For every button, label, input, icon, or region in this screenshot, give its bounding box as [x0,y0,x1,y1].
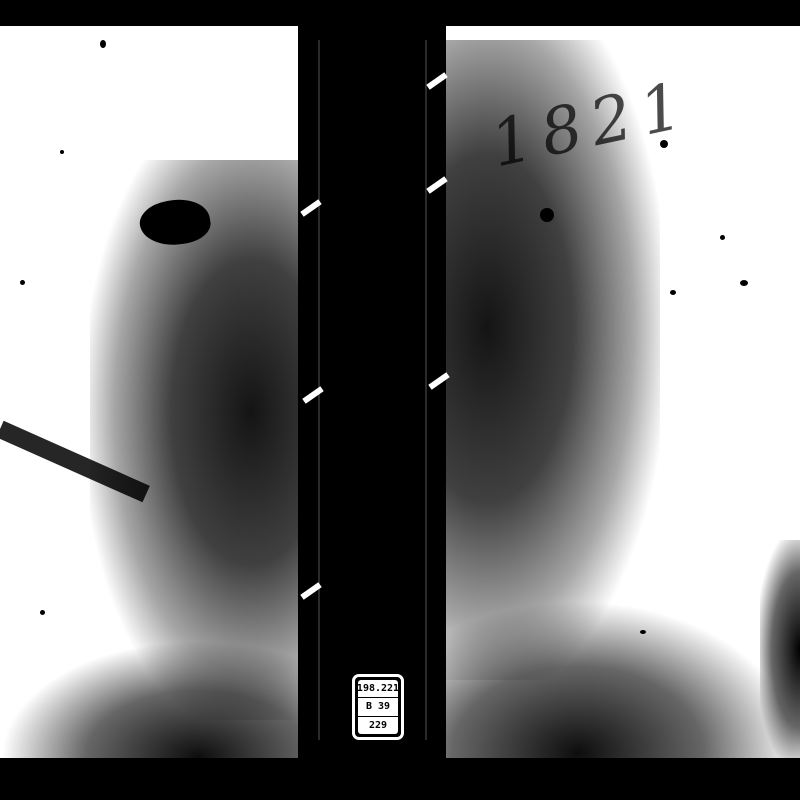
call-number-line-1: 198.221 [358,680,398,698]
speck [100,40,106,48]
speck [670,290,676,295]
speck [40,610,45,615]
left-cover-stain [90,160,320,720]
spine-hinge-right [425,40,427,740]
library-call-number-label: 198.221 B 39 229 [352,674,404,740]
speck [60,150,64,154]
speck [720,235,725,240]
book-cover-scan: 1821 198.221 B 39 229 [0,0,800,800]
call-number-line-3: 229 [358,717,398,734]
lower-right-stain [430,600,800,770]
speck [20,280,25,285]
bottom-edge-shadow [0,758,800,800]
call-number-line-2: B 39 [358,698,398,716]
speck [640,630,646,634]
right-edge-stain [760,540,800,760]
ink-spot [540,208,554,222]
speck [740,280,748,286]
lower-left-stain [0,640,330,770]
